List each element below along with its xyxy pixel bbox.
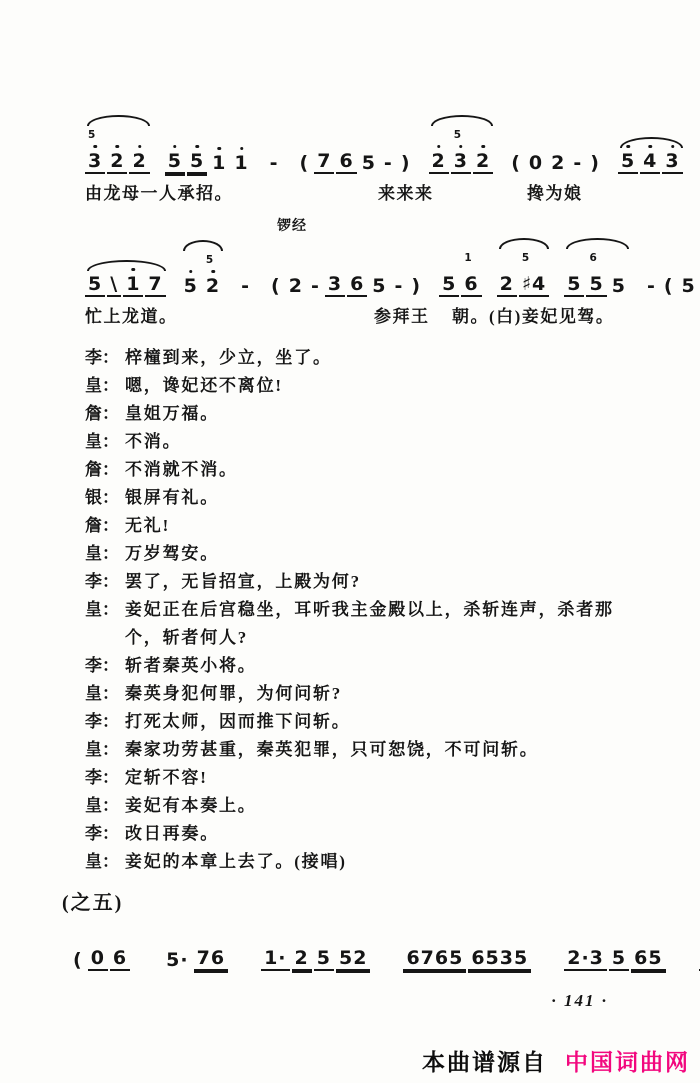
dialogue-text: 打死太师，因而推下问斩。: [125, 708, 625, 736]
dialogue-line: 皇： 万岁驾安。: [85, 540, 630, 568]
music-note: 65: [631, 949, 665, 971]
dialogue-text: 定斩不容!: [125, 764, 625, 792]
music-note: 5·: [163, 951, 191, 971]
music-note: 5: [609, 277, 629, 297]
dialogue-line: 詹： 不消就不消。: [85, 456, 630, 484]
footer-source-text: 本曲谱源自: [422, 1050, 547, 1076]
dialogue-line: 皇： 妾妃有本奏上。: [85, 792, 630, 820]
music-note: -: [392, 277, 407, 297]
dialogue-speaker: 银：: [85, 484, 125, 512]
music-cell: 2·3565: [564, 949, 667, 971]
music-note: 2: [292, 949, 312, 971]
grace-note: 5: [454, 129, 462, 141]
dialogue-speaker: 李：: [85, 344, 125, 372]
dialogue-line: 詹： 无礼!: [85, 512, 630, 540]
dialogue-line: 皇： 不消。: [85, 428, 630, 456]
music-note: 5: [314, 949, 334, 971]
dialogue-speaker: 皇：: [85, 736, 125, 764]
music-note: 5: [679, 277, 699, 297]
dialogue-speaker: 李：: [85, 764, 125, 792]
music-cell: 1·2552: [261, 949, 372, 971]
percussion-pattern-label: 锣经: [277, 215, 307, 235]
music-cell: 5655: [564, 253, 631, 297]
dialogue-text: 妾妃的本章上去了。(接唱): [125, 848, 625, 876]
music-note: -: [238, 277, 253, 297]
dialogue-speaker: 皇：: [85, 540, 125, 568]
dialogue-text: 不消就不消。: [125, 456, 625, 484]
music-cell: 5322: [85, 130, 152, 174]
dialogue-text: 改日再奏。: [125, 820, 625, 848]
music-note: -: [644, 277, 659, 297]
dialogue-line: 詹： 皇姐万福。: [85, 400, 630, 428]
music-note: 4: [640, 152, 660, 174]
music-note: 5: [439, 275, 459, 297]
dialogue-text: 无礼!: [125, 512, 625, 540]
music-note: 5: [165, 152, 185, 174]
music-note: 2: [497, 275, 517, 297]
dialogue-speaker: 皇：: [85, 428, 125, 456]
music-note: 3: [662, 152, 682, 174]
music-note: 0: [88, 949, 108, 971]
music-note: 2: [429, 152, 449, 174]
dialogue-line: 皇： 妾妃正在后宫稳坐，耳听我主金殿以上，杀斩连声，杀者那个，斩者何人?: [85, 596, 630, 652]
music-cell: (765-): [297, 152, 416, 174]
music-note: -: [267, 154, 282, 174]
dialogue-line: 李： 罢了，无旨招宣，上殿为何?: [85, 568, 630, 596]
music-note: 0: [526, 154, 546, 174]
music-note: 53: [85, 130, 105, 174]
music-note: 2: [548, 154, 568, 174]
music-cell: (2-365-): [268, 275, 426, 297]
music-note: 2: [473, 152, 493, 174]
music-system-3: (065·761·2552676565352·3565353532: [70, 927, 682, 971]
dialogue-text: 斩者秦英小将。: [125, 652, 625, 680]
dialogue-text: 秦家功劳甚重，秦英犯罪，只可恕饶，不可问斩。: [125, 736, 625, 764]
lyric-phrase: 来来来: [378, 179, 434, 204]
music-note: ): [587, 154, 603, 174]
music-note: 6765: [403, 949, 466, 971]
dialogue-speaker: 詹：: [85, 512, 125, 540]
grace-note: 6: [589, 252, 597, 264]
lyric-phrase: 搀为娘: [527, 179, 583, 204]
dialogue-text: 秦英身犯何罪，为何问斩?: [125, 680, 625, 708]
music-note: 5: [369, 277, 389, 297]
grace-note: 1: [464, 252, 472, 264]
music-note: (: [297, 154, 313, 174]
music-note: 52: [336, 949, 370, 971]
lyric-phrase: 朝。(白)妾妃见驾。: [452, 302, 614, 327]
music-note: 1·: [261, 949, 289, 971]
music-cell: -: [267, 154, 284, 174]
music-note: 76: [194, 949, 228, 971]
dialogue-line: 银： 银屏有礼。: [85, 484, 630, 512]
music-note: 53: [451, 130, 471, 174]
music-note: 6535: [468, 949, 531, 971]
lyric-phrase: 由龙母一人承招。: [85, 179, 233, 204]
dialogue-speaker: 李：: [85, 568, 125, 596]
dialogue-text: 嗯，谗妃还不离位!: [125, 372, 625, 400]
page-number: · 141 ·: [0, 991, 700, 1011]
dialogue-speaker: 詹：: [85, 456, 125, 484]
dialogue-text: 万岁驾安。: [125, 540, 625, 568]
music-notes-row-2: 5\17552-(2-365-)51625♯45655-(5-): [85, 233, 682, 297]
lyrics-row-2: 忙上龙道。 参拜王 朝。(白)妾妃见驾。: [85, 302, 682, 328]
music-note: 52: [203, 255, 223, 297]
dialogue-speaker: 皇：: [85, 680, 125, 708]
music-cell: (02-): [508, 154, 605, 174]
dialogue-block: 李： 梓橦到来，少立，坐了。 皇： 嗯，谗妃还不离位! 詹： 皇姐万福。 皇： …: [85, 344, 630, 876]
music-note: -: [570, 154, 585, 174]
music-cell: 5·76: [163, 949, 230, 971]
dialogue-speaker: 李：: [85, 708, 125, 736]
music-notes-row-3: (065·761·2552676565352·3565353532: [70, 927, 682, 971]
music-note: 5: [187, 152, 207, 174]
music-cell: -: [238, 277, 255, 297]
music-notes-row-1: 53225511-(765-)2532(02-)543: [85, 110, 682, 174]
dialogue-line: 李： 打死太师，因而推下问斩。: [85, 708, 630, 736]
lyric-phrase: 忙上龙道。: [85, 302, 178, 327]
music-note: -: [308, 277, 323, 297]
music-cell: -(5-): [644, 277, 700, 297]
music-note: ): [408, 277, 424, 297]
dialogue-line: 皇： 秦家功劳甚重，秦英犯罪，只可恕饶，不可问斩。: [85, 736, 630, 764]
footer-brand-text: 中国词曲网: [565, 1050, 690, 1076]
dialogue-speaker: 李：: [85, 820, 125, 848]
music-note: ): [398, 154, 414, 174]
music-system-2: 锣经 5\17552-(2-365-)51625♯45655-(5-) 忙上龙道…: [85, 215, 682, 328]
dialogue-text: 银屏有礼。: [125, 484, 625, 512]
music-cell: 552: [181, 255, 225, 297]
music-cell: 5511: [165, 152, 254, 174]
music-note: 7: [145, 275, 165, 297]
music-cell: (06: [70, 949, 132, 971]
dialogue-line: 李： 斩者秦英小将。: [85, 652, 630, 680]
music-note: 16: [461, 253, 481, 297]
dialogue-speaker: 皇：: [85, 372, 125, 400]
dialogue-text: 罢了，无旨招宣，上殿为何?: [125, 568, 625, 596]
music-system-1: 53225511-(765-)2532(02-)543 由龙母一人承招。 来来来…: [85, 110, 682, 205]
music-note: 6: [347, 275, 367, 297]
dialogue-speaker: 詹：: [85, 400, 125, 428]
music-note: 2: [286, 277, 306, 297]
music-note: 5: [564, 275, 584, 297]
dialogue-line: 皇： 妾妃的本章上去了。(接唱): [85, 848, 630, 876]
music-note: 5: [85, 275, 105, 297]
music-note: 7: [314, 152, 334, 174]
dialogue-text: 妾妃正在后宫稳坐，耳听我主金殿以上，杀斩连声，杀者那个，斩者何人?: [125, 596, 625, 652]
music-note: (: [508, 154, 524, 174]
dialogue-text: 妾妃有本奏上。: [125, 792, 625, 820]
music-note: 5♯4: [519, 253, 549, 297]
music-note: (: [661, 277, 677, 297]
footer-watermark: 本曲谱源自中国词曲网: [422, 1044, 690, 1077]
music-note: 5: [181, 277, 201, 297]
dialogue-speaker: 皇：: [85, 792, 125, 820]
dialogue-speaker: 皇：: [85, 848, 125, 876]
dialogue-speaker: 皇：: [85, 596, 125, 652]
music-note: -: [381, 154, 396, 174]
music-note: 5: [618, 152, 638, 174]
music-note: (: [70, 951, 86, 971]
music-note: 65: [586, 253, 606, 297]
music-cell: 5\17: [85, 275, 168, 297]
dialogue-text: 梓橦到来，少立，坐了。: [125, 344, 625, 372]
lyrics-row-1: 由龙母一人承招。 来来来 搀为娘: [85, 179, 682, 205]
music-note: 6: [110, 949, 130, 971]
section-header: (之五): [62, 886, 700, 915]
lyric-phrase: 参拜王: [374, 302, 430, 327]
dialogue-line: 李： 定斩不容!: [85, 764, 630, 792]
music-note: 5: [609, 949, 629, 971]
music-note: 5: [359, 154, 379, 174]
music-note: 1: [123, 275, 143, 297]
dialogue-speaker: 李：: [85, 652, 125, 680]
music-cell: 543: [618, 152, 685, 174]
dialogue-text: 不消。: [125, 428, 625, 456]
music-note: 2: [107, 152, 127, 174]
score-page: 53225511-(765-)2532(02-)543 由龙母一人承招。 来来来…: [0, 0, 700, 1083]
music-note: 2·3: [564, 949, 607, 971]
grace-note: 5: [522, 252, 530, 264]
music-note: 1: [231, 154, 251, 174]
music-cell: 67656535: [403, 949, 533, 971]
music-note: \: [107, 275, 121, 297]
music-note: (: [268, 277, 284, 297]
music-note: 2: [129, 152, 149, 174]
music-cell: 2532: [429, 130, 496, 174]
dialogue-line: 皇： 秦英身犯何罪，为何问斩?: [85, 680, 630, 708]
dialogue-text: 皇姐万福。: [125, 400, 625, 428]
dialogue-line: 李： 梓橦到来，少立，坐了。: [85, 344, 630, 372]
music-note: 3: [325, 275, 345, 297]
dialogue-line: 李： 改日再奏。: [85, 820, 630, 848]
music-note: 1: [209, 154, 229, 174]
grace-note: 5: [88, 129, 96, 141]
music-cell: 516: [439, 253, 483, 297]
music-note: 6: [336, 152, 356, 174]
dialogue-line: 皇： 嗯，谗妃还不离位!: [85, 372, 630, 400]
grace-note: 5: [206, 254, 214, 266]
music-cell: 25♯4: [497, 253, 552, 297]
